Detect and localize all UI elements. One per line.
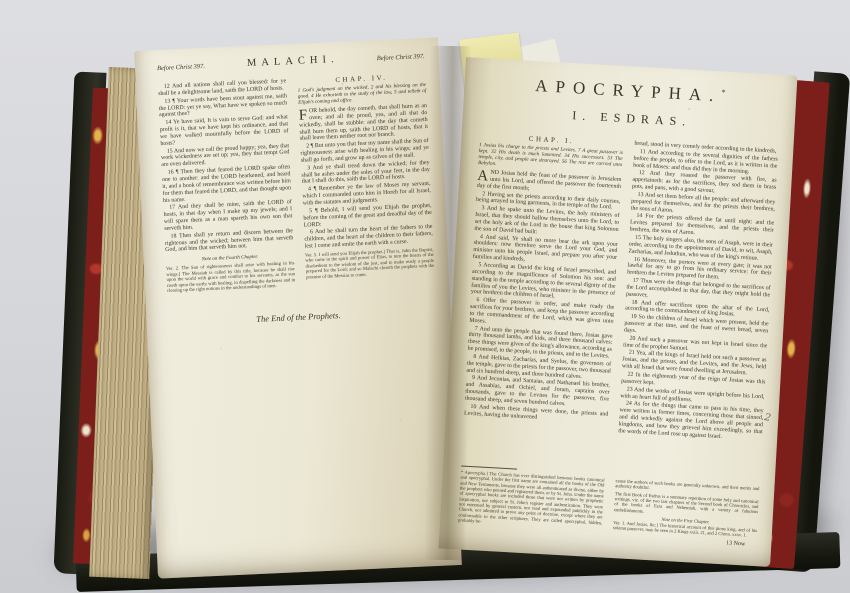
drop-cap-letter: A: [477, 169, 491, 183]
footnote-asterisk: *: [721, 88, 733, 98]
verse: 16 ¶ Then they that feared the LORD spak…: [162, 164, 292, 204]
catchword: 13 Now: [726, 540, 745, 547]
commentary-note: Ver. 5. I will send you Elijah the proph…: [305, 248, 435, 281]
apocrypha-title-text: APOCRYPHA.: [535, 76, 722, 105]
left-page: Before Christ 397. MALACHI. Before Chris…: [134, 37, 462, 578]
right-page-column-1: CHAP. I. 1 Josias his charge to the prie…: [463, 132, 623, 435]
verse: 24 As for the things that came to pass i…: [618, 401, 764, 443]
left-page-column-1: 12 And all nations shall call you blesse…: [158, 78, 296, 294]
left-page-column-2: CHAP. IV. 1 God's judgment on the wicked…: [297, 72, 435, 288]
running-date-right: Before Christ 397.: [338, 53, 424, 64]
footnote-column-1: * Apocrypha.] The Church has ever distin…: [458, 469, 605, 532]
drop-cap-letter: F: [298, 108, 309, 121]
end-of-prophets-line: The End of the Prophets.: [146, 305, 450, 329]
verse: 14 Ye have said, It is vain to serve God…: [159, 114, 289, 147]
verse: 6 And he shall turn the heart of the fat…: [304, 224, 433, 250]
commentary-note: Ver. 2. The Sun of righteousness shall a…: [166, 261, 296, 294]
verse-text: OR behold, the day cometh, that shall bu…: [299, 103, 428, 142]
right-page: APOCRYPHA.* I. ESDRAS. CHAP. I. 1 Josias…: [439, 57, 798, 567]
footnote-columns: * Apocrypha.] The Church has ever distin…: [458, 469, 760, 541]
pencil-annotation: 2: [763, 412, 772, 424]
right-page-column-2: bread, stood in very comely order accord…: [618, 141, 778, 444]
right-page-text-columns: CHAP. I. 1 Josias his charge to the prie…: [463, 132, 778, 444]
footnote-text: * Apocrypha.] The Church has ever distin…: [458, 469, 605, 530]
chapter-summary: 1 God's judgment on the wicked, 2 and hi…: [298, 82, 427, 106]
footnotes-section: * Apocrypha.] The Church has ever distin…: [458, 465, 760, 541]
running-date-left: Before Christ 397.: [157, 61, 243, 72]
malachi-running-title: MALACHI.: [243, 54, 339, 69]
verse: FOR behold, the day cometh, that shall b…: [298, 103, 428, 143]
left-page-running-header: Before Christ 397. MALACHI. Before Chris…: [157, 50, 425, 73]
verse-text: ND Josias held the feast of the passover…: [477, 170, 622, 192]
footnote-column-2: cause the authors of such books are gene…: [613, 478, 760, 541]
left-page-text-columns: 12 And all nations shall call you blesse…: [158, 72, 435, 294]
photo-of-open-bible: Before Christ 397. MALACHI. Before Chris…: [0, 0, 850, 593]
